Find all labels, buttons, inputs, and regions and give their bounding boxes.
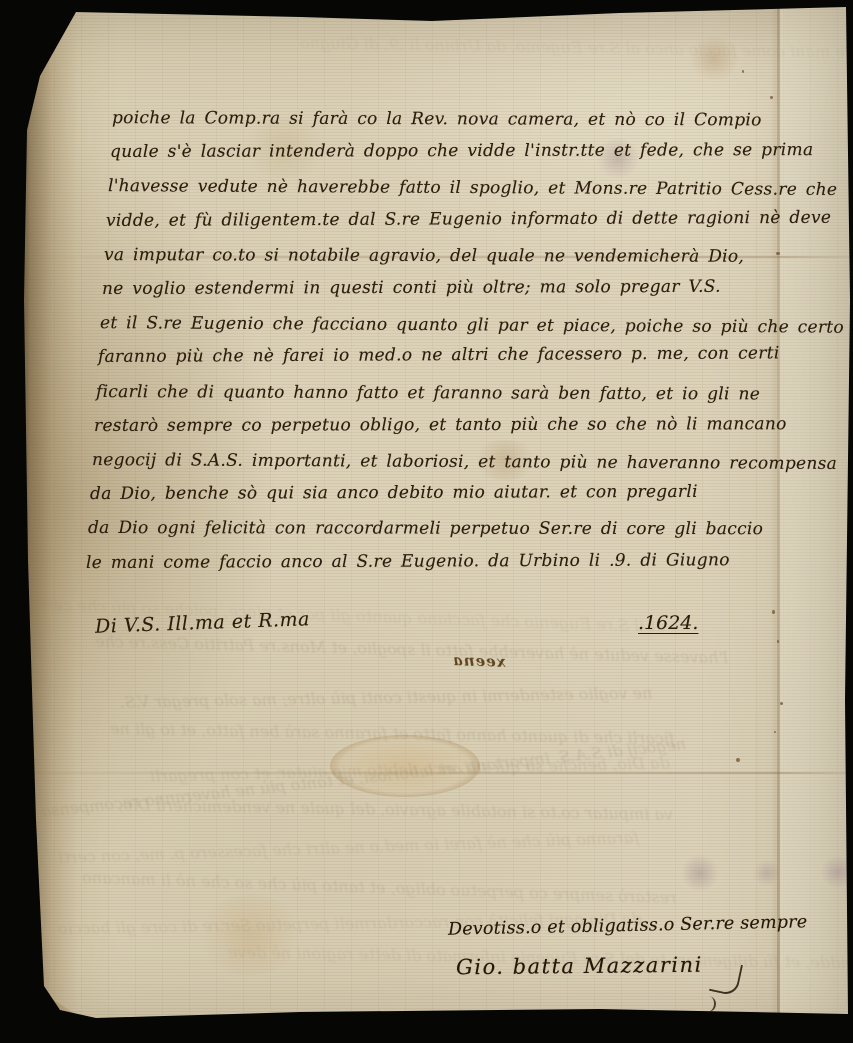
manuscript-line: da Dio, benche sò qui sia anco debito mi… (86, 475, 802, 512)
manuscript-line: da Dio ogni felicità con raccordarmeli p… (86, 511, 802, 546)
year-date: .1624. (638, 612, 698, 634)
manuscript-line: faranno più che nè farei io med.o ne alt… (86, 337, 802, 375)
paper-sheet: le mani come faccio anco al S.re Eugenio… (0, 0, 853, 1043)
manuscript-line: poiche la Comp.ra si farà co la Rev. nov… (86, 101, 802, 138)
ink-speck (770, 96, 773, 99)
deckle-edge-left (0, 0, 78, 1043)
manuscript-line: ne voglio estendermi in questi conti più… (86, 270, 802, 307)
horizontal-fold-crease-lower (30, 772, 850, 774)
verso-ink-showthrough: xeena (452, 651, 506, 671)
ink-speck (742, 70, 744, 73)
manuscript-line: ficarli che di quanto hanno fatto et far… (86, 375, 802, 412)
manuscript-line: restarò sempre co perpetuo obligo, et ta… (86, 407, 802, 443)
manuscript-line: le mani come faccio anco al S.re Eugenio… (86, 543, 802, 580)
ink-speck (780, 702, 783, 705)
manuscript-photo: le mani come faccio anco al S.re Eugenio… (0, 0, 853, 1043)
ink-speck (777, 640, 779, 643)
manuscript-line: va imputar co.to si notabile agravio, de… (86, 238, 802, 274)
signature-name: Gio. batta Mazzarini (456, 953, 703, 980)
ink-speck (774, 731, 776, 733)
manuscript-line: vidde, et fù diligentem.te dal S.re Euge… (86, 200, 802, 237)
manuscript-line: quale s'è lasciar intenderà doppo che vi… (86, 133, 802, 169)
ink-speck (772, 610, 775, 614)
letter-body: poiche la Comp.ra si farà co la Rev. nov… (86, 101, 802, 580)
ink-speck (736, 758, 740, 762)
